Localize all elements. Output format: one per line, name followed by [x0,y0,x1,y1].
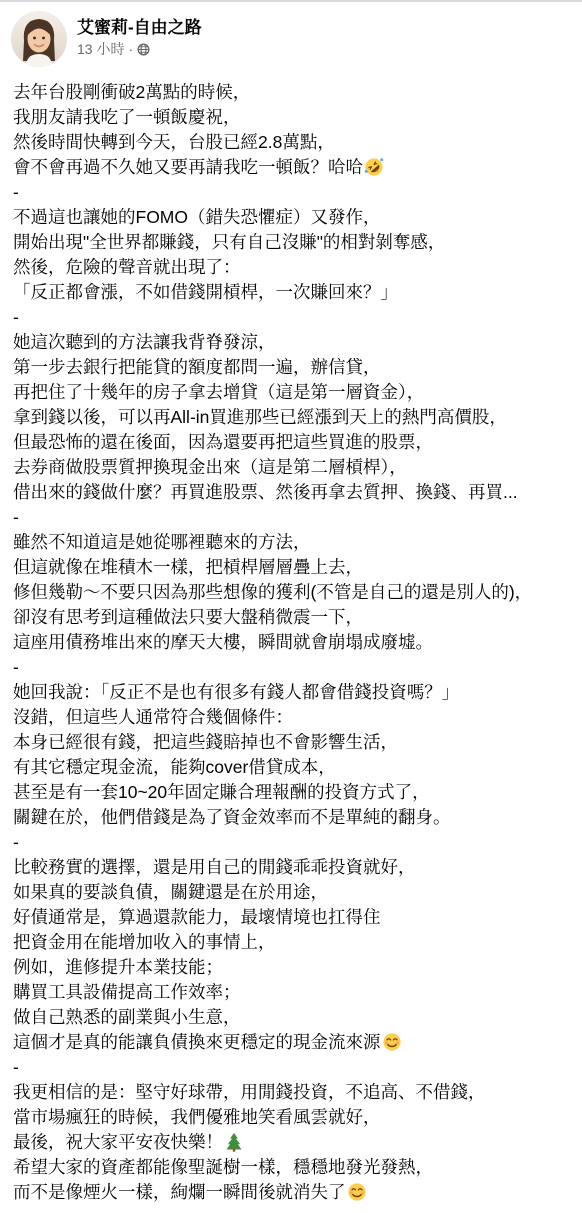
author-name[interactable]: 艾蜜莉-自由之路 [77,18,202,38]
post-text-line: 例如，進修提升本業技能； [13,955,570,980]
post-text-line: 但這就像在堆積木一樣，把槓桿層層疊上去， [13,555,570,580]
globe-public-icon [137,43,150,56]
post-text-line: 雖然不知道這是她從哪裡聽來的方法， [13,530,570,555]
post-text-line: 然後，危險的聲音就出現了： [13,255,570,280]
post-text-line: 最後，祝大家平安夜快樂！ [13,1130,570,1155]
post-text-line: 拿到錢以後，可以再All-in買進那些已經漲到天上的熱門高價股， [13,405,570,430]
paragraph-separator: - [13,305,570,330]
post-text-line: 有其它穩定現金流，能夠cover借貸成本， [13,755,570,780]
avatar-image [11,11,67,67]
post-text-line: 希望大家的資產都能像聖誕樹一樣，穩穩地發光發熱， [13,1155,570,1180]
post-text-line: 她這次聽到的方法讓我背脊發涼， [13,330,570,355]
post-header: 艾蜜莉-自由之路 13 小時 · [0,2,582,67]
post-meta: 13 小時 · [77,42,202,56]
post-text-line: 甚至是有一套10~20年固定賺合理報酬的投資方式了， [13,780,570,805]
post-text-line: 「反正都會漲，不如借錢開槓桿，一次賺回來？」 [13,280,570,305]
post-text-line: 如果真的要談負債，關鍵還是在於用途， [13,880,570,905]
post-text-line: 第一步去銀行把能貸的額度都問一遍，辦信貸， [13,355,570,380]
post-text-line: 好債通常是，算過還款能力，最壞情境也扛得住 [13,905,570,930]
paragraph-separator: - [13,1055,570,1080]
post-text-line: 而不是像煙火一樣，絢爛一瞬間後就消失了 [13,1180,570,1205]
post-text-line: 但最恐怖的還在後面，因為還要再把這些買進的股票， [13,430,570,455]
post-text-line: 去年台股剛衝破2萬點的時候， [13,80,570,105]
post-text-line: 修但幾勒～不要只因為那些想像的獲利(不管是自己的還是別人的)， [13,580,570,605]
paragraph-separator: - [13,505,570,530]
post-text-line: 沒錯，但這些人通常符合幾個條件： [13,705,570,730]
avatar[interactable] [11,11,67,67]
post-text-line: 這個才是真的能讓負債換來更穩定的現金流來源 [13,1030,570,1055]
post-text-line: 去券商做股票質押換現金出來（這是第二層槓桿）， [13,455,570,480]
post-text-line: 不過這也讓她的FOMO（錯失恐懼症）又發作， [13,205,570,230]
post-text-line: 做自己熟悉的副業與小生意， [13,1005,570,1030]
post-text-line: 關鍵在於，他們借錢是為了資金效率而不是單純的翻身。 [13,805,570,830]
paragraph-separator: - [13,655,570,680]
header-text: 艾蜜莉-自由之路 13 小時 · [77,11,202,56]
post-text-line: 再把住了十幾年的房子拿去增貸（這是第一層資金）， [13,380,570,405]
meta-separator: · [128,42,133,56]
post-text-line: 我朋友請我吃了一頓飯慶祝， [13,105,570,130]
post-text-line: 本身已經很有錢，把這些錢賠掉也不會影響生活， [13,730,570,755]
post-text-line: 購買工具設備提高工作效率； [13,980,570,1005]
post-text-line: 把資金用在能增加收入的事情上， [13,930,570,955]
post-text-line: 會不會再過不久她又要再請我吃一頓飯？哈哈 [13,155,570,180]
post-text-line: 借出來的錢做什麼？再買進股票、然後再拿去質押、換錢、再買... [13,480,570,505]
paragraph-separator: - [13,180,570,205]
paragraph-separator: - [13,830,570,855]
post-text-line: 開始出現"全世界都賺錢，只有自己沒賺"的相對剝奪感， [13,230,570,255]
blush-smile-emoji [347,1182,367,1202]
blush-smile-emoji [382,1032,402,1052]
facebook-post: 艾蜜莉-自由之路 13 小時 · 去年台股剛衝破2萬點的時候，我朋友請我吃了一頓… [0,0,582,1213]
post-text-line: 比較務實的選擇，還是用自己的閒錢乖乖投資就好， [13,855,570,880]
post-text-line: 當市場瘋狂的時候，我們優雅地笑看風雲就好， [13,1105,570,1130]
post-text-line: 我更相信的是：堅守好球帶，用閒錢投資，不追高、不借錢， [13,1080,570,1105]
post-body: 去年台股剛衝破2萬點的時候，我朋友請我吃了一頓飯慶祝，然後時間快轉到今天，台股已… [0,67,582,1205]
post-text-line: 這座用債務堆出來的摩天大樓，瞬間就會崩塌成廢墟。 [13,630,570,655]
post-text-line: 卻沒有思考到這種做法只要大盤稍微震一下， [13,605,570,630]
post-text-line: 她回我說：「反正不是也有很多有錢人都會借錢投資嗎？」 [13,680,570,705]
timestamp[interactable]: 13 小時 [77,42,124,56]
rofl-emoji [364,157,384,177]
post-text-line: 然後時間快轉到今天，台股已經2.8萬點， [13,130,570,155]
evergreen-tree-emoji [224,1132,244,1152]
